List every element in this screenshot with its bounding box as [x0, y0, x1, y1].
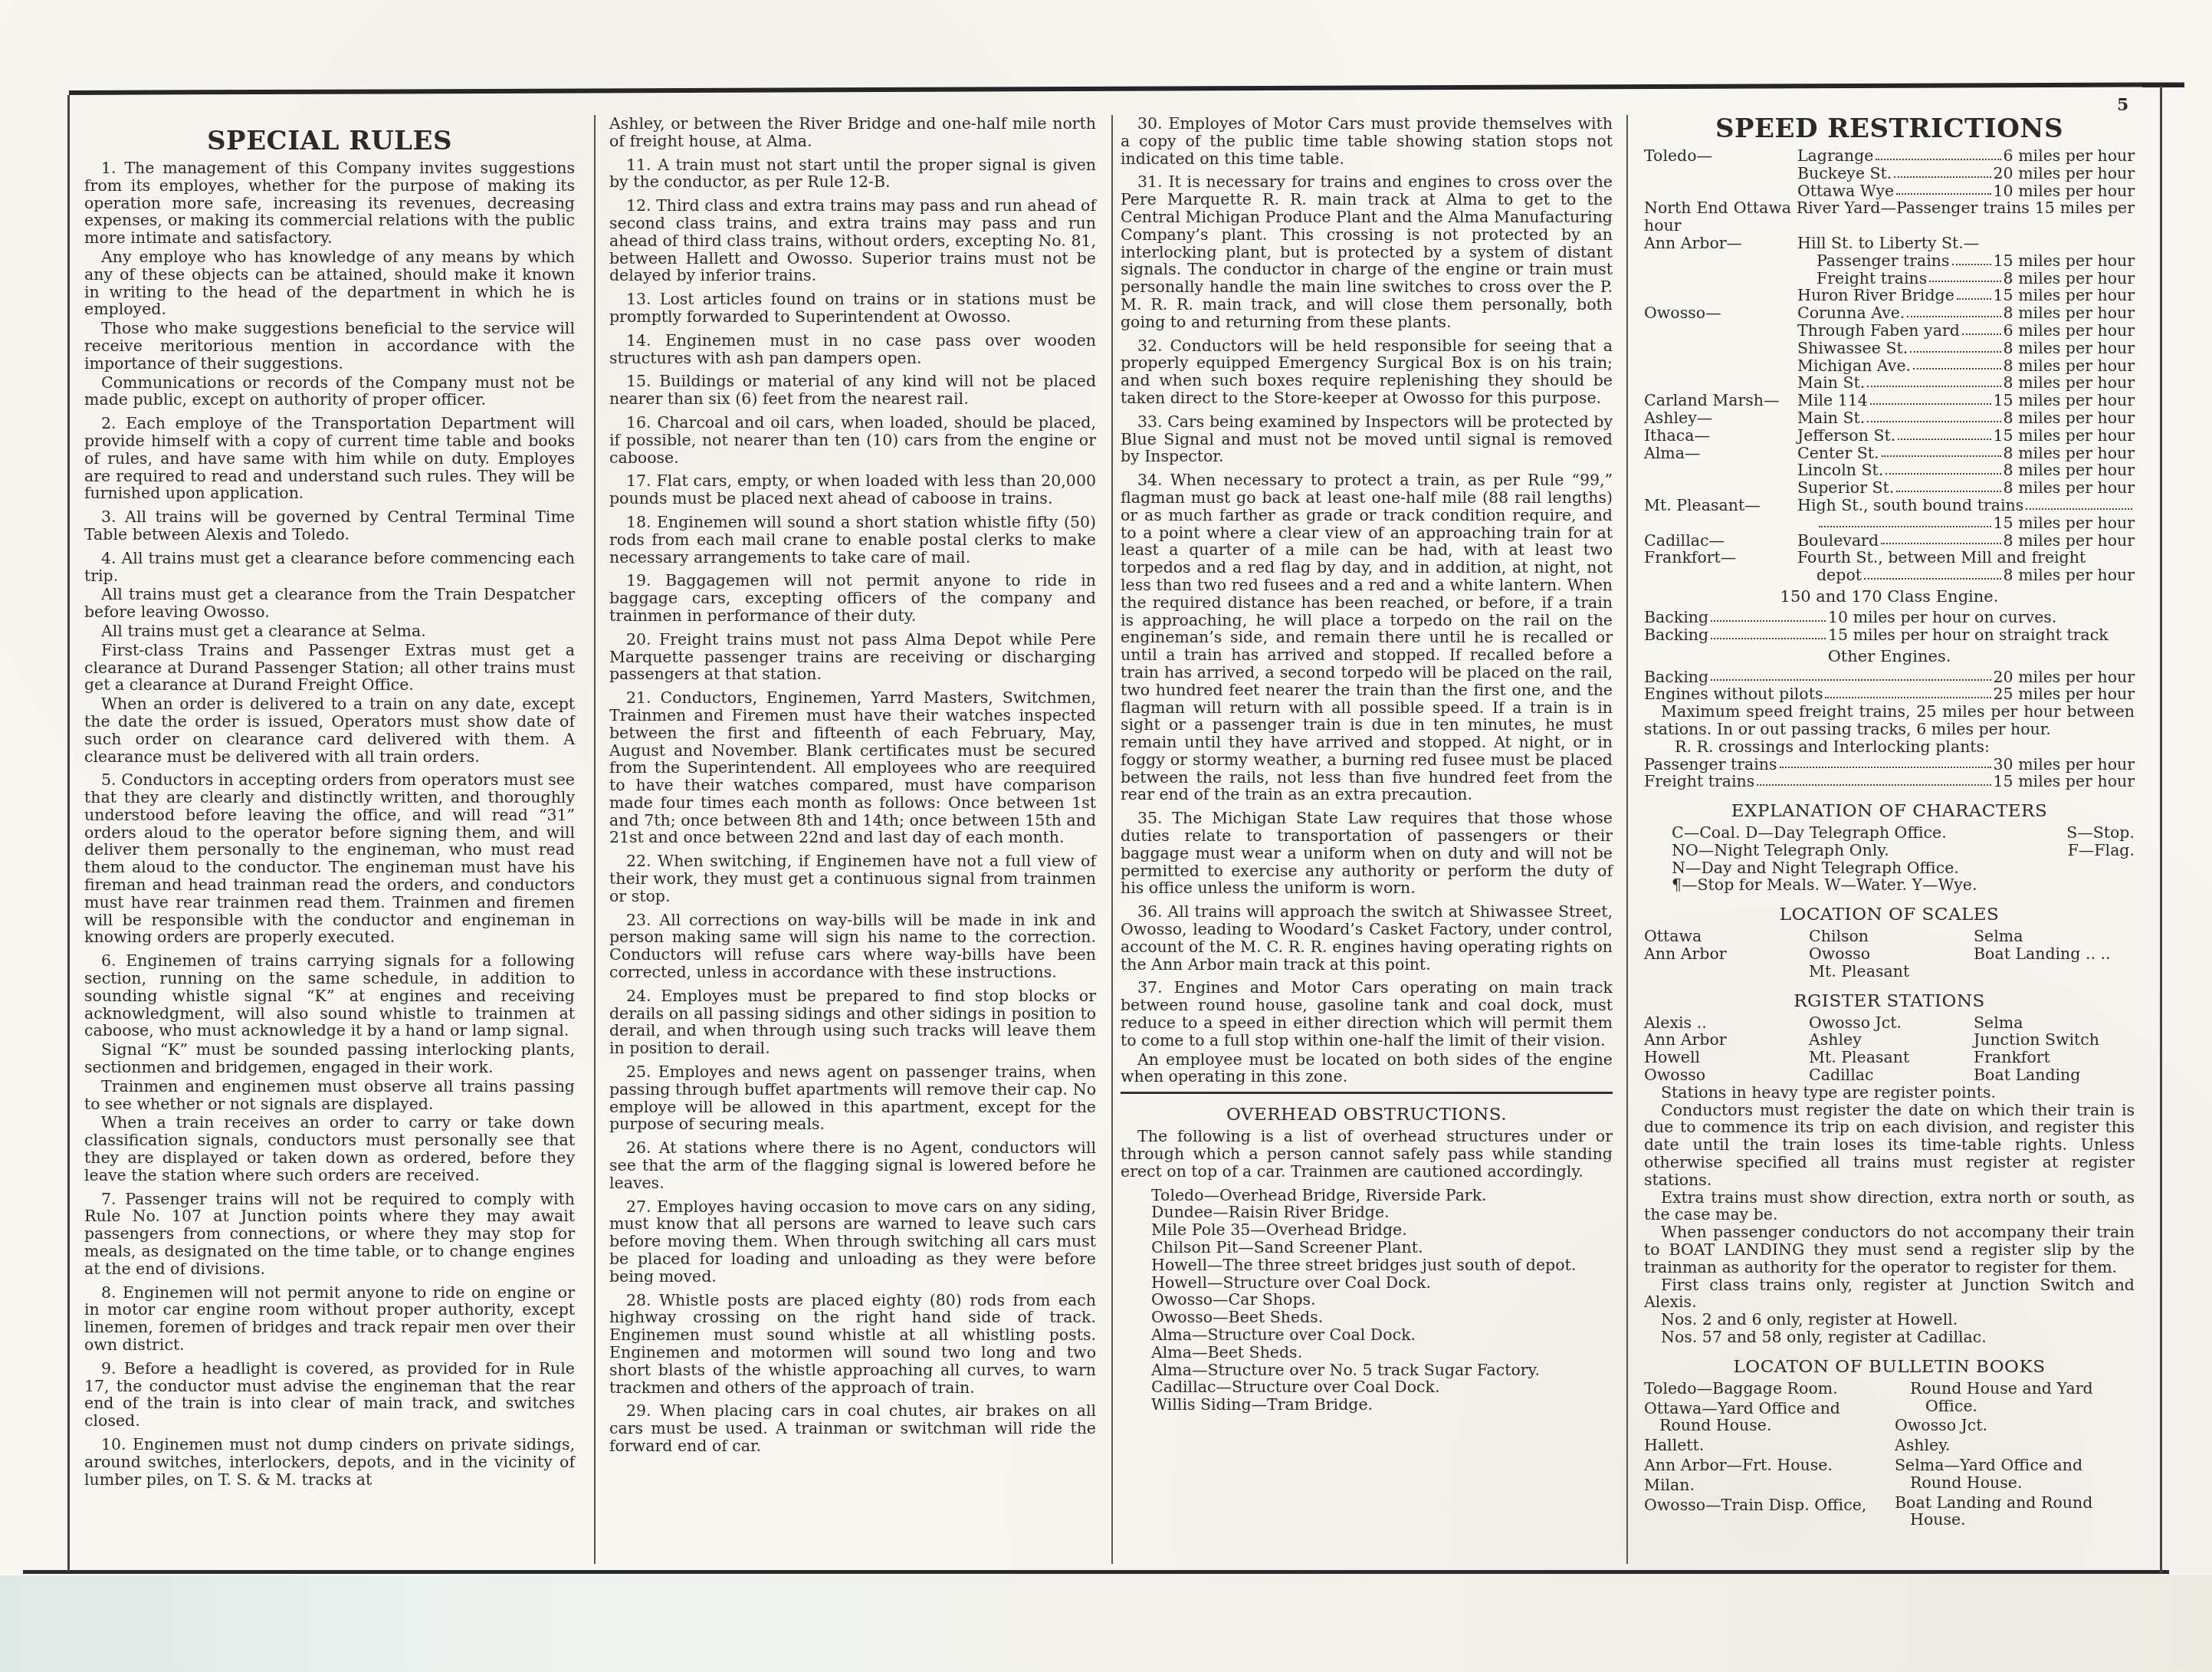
backing-label: Backing: [1644, 609, 1708, 626]
rule-paragraph: 25. Employes and news agent on passenger…: [609, 1063, 1096, 1133]
backing-label: Backing: [1644, 626, 1708, 644]
speed-city: Mt. Pleasant—: [1644, 497, 1797, 514]
rule-paragraph: 2. Each employe of the Transportation De…: [84, 415, 575, 502]
speed-place: Main St.: [1797, 374, 1865, 392]
speed-city: Frankfort—: [1644, 549, 1797, 567]
speed-place: Fourth St., between Mill and freight: [1797, 549, 2086, 567]
speed-city: [1644, 462, 1797, 479]
column-divider: [1111, 115, 1113, 1564]
speed-city: [1644, 182, 1797, 200]
speed-place: Passenger trains: [1817, 252, 1950, 270]
speed-value: 8 miles per hour: [2004, 409, 2135, 427]
legend-left: ¶—Stop for Meals. W—Water. Y—Wye.: [1672, 876, 1977, 894]
register-note: Stations in heavy type are register poin…: [1644, 1084, 2135, 1102]
scale-location: [1974, 963, 2135, 981]
backing-label: Backing: [1644, 668, 1708, 686]
crossing-value: 30 miles per hour: [1994, 756, 2135, 774]
obstruction-item: Alma—Structure over Coal Dock.: [1151, 1326, 1613, 1344]
leader-dots: [1757, 773, 1990, 786]
speed-city: [1644, 165, 1797, 182]
register-note: Conductors must register the date on whi…: [1644, 1102, 2135, 1189]
rule-paragraph: 10. Enginemen must not dump cinders on p…: [84, 1436, 575, 1488]
speed-city: Alma—: [1644, 445, 1797, 462]
speed-place: Michigan Ave.: [1797, 357, 1911, 375]
legend-row: N—Day and Night Telegraph Office.: [1644, 859, 2135, 877]
column-divider: [594, 115, 596, 1564]
rule-paragraph: 21. Conductors, Enginemen, Yarrd Masters…: [609, 689, 1096, 846]
speed-city: [1644, 287, 1797, 304]
special-rules-title: SPECIAL RULES: [84, 127, 575, 155]
crossing-label: Freight trains: [1644, 773, 1754, 790]
bulletin-location: Round House and Yard Office.: [1895, 1380, 2135, 1415]
scales-title: LOCATION OF SCALES: [1644, 905, 2135, 925]
rule-paragraph: 33. Cars being examined by Inspectors wi…: [1121, 413, 1613, 465]
legend-right: S—Stop.: [2066, 824, 2135, 842]
rule-paragraph: 14. Enginemen must in no case pass over …: [609, 332, 1096, 367]
bulletin-location: Owosso Jct.: [1895, 1417, 2135, 1434]
speed-value: 15 miles per hour: [1994, 392, 2135, 409]
rule-paragraph: 37. Engines and Motor Cars operating on …: [1121, 979, 1613, 1049]
leader-dots: [1864, 567, 2001, 580]
scale-location: Ottawa: [1644, 928, 1809, 945]
rule-paragraph: 23. All corrections on way-bills will be…: [609, 912, 1096, 981]
speed-value: 6 miles per hour: [2004, 147, 2135, 165]
legend-left: NO—Night Telegraph Only.: [1672, 842, 1889, 859]
bulletin-location: Owosso—Train Disp. Office,: [1644, 1496, 1884, 1514]
speed-row: Lincoln St.8 miles per hour: [1644, 462, 2135, 479]
bulletin-books-grid: Toledo—Baggage Room. Ottawa—Yard Office …: [1644, 1380, 2135, 1531]
rule-paragraph: 31. It is necessary for trains and engin…: [1121, 173, 1613, 330]
overhead-obstructions-title: OVERHEAD OBSTRUCTIONS.: [1121, 1105, 1613, 1125]
rule-paragraph: 15. Buildings or material of any kind wi…: [609, 373, 1096, 408]
speed-value: 20 miles per hour: [1994, 165, 2135, 182]
special-rules-column: SPECIAL RULES 1. The management of this …: [84, 115, 575, 1494]
speed-place: Boulevard: [1797, 532, 1879, 550]
register-station: Junction Switch: [1974, 1031, 2135, 1049]
backing-row: Backing10 miles per hour on curves.: [1644, 609, 2135, 626]
legend-right: F—Flag.: [2068, 842, 2135, 859]
speed-row: Michigan Ave.8 miles per hour: [1644, 357, 2135, 375]
rule-paragraph: 8. Enginemen will not permit anyone to r…: [84, 1284, 575, 1354]
speed-place: Through Faben yard: [1797, 322, 1960, 340]
obstruction-item: Chilson Pit—Sand Screener Plant.: [1151, 1239, 1613, 1256]
leader-dots: [1929, 270, 2000, 283]
rule-paragraph: First-class Trains and Passenger Extras …: [84, 642, 575, 694]
leader-dots: [1711, 668, 1990, 682]
page-edge-strip: [0, 1575, 2212, 1672]
north-end-note: North End Ottawa River Yard—Passenger tr…: [1644, 199, 2135, 235]
rule-paragraph: 20. Freight trains must not pass Alma De…: [609, 631, 1096, 683]
obstruction-item: Willis Siding—Tram Bridge.: [1151, 1396, 1613, 1414]
speed-city: [1644, 514, 1797, 532]
speed-value: 15 miles per hour: [1994, 287, 2135, 304]
obstruction-item: Howell—The three street bridges just sou…: [1151, 1256, 1613, 1274]
engines-value: 25 miles per hour: [1994, 685, 2135, 703]
legend-row: NO—Night Telegraph Only.F—Flag.: [1644, 842, 2135, 859]
bulletin-location: Milan.: [1644, 1477, 1884, 1494]
crossings-title: R. R. crossings and Interlocking plants:: [1644, 738, 2135, 756]
scale-location: Boat Landing .. ..: [1974, 945, 2135, 963]
rule-paragraph: 12. Third class and extra trains may pas…: [609, 197, 1096, 284]
speed-value: 8 miles per hour: [2004, 445, 2135, 462]
speed-place: Ottawa Wye: [1797, 182, 1894, 200]
obstruction-item: Alma—Structure over No. 5 track Sugar Fa…: [1151, 1362, 1613, 1379]
speed-row: Buckeye St.20 miles per hour: [1644, 165, 2135, 182]
crossing-label: Passenger trains: [1644, 756, 1777, 774]
rule-paragraph: 28. Whistle posts are placed eighty (80)…: [609, 1292, 1096, 1397]
scale-location: Owosso: [1809, 945, 1974, 963]
rules-column-3: 30. Employes of Motor Cars must provide …: [1121, 115, 1613, 1414]
speed-row: Superior St.8 miles per hour: [1644, 479, 2135, 497]
speed-value: 8 miles per hour: [2004, 567, 2135, 584]
speed-restrictions-title: SPEED RESTRICTIONS: [1644, 115, 2135, 143]
speed-city: [1644, 322, 1797, 340]
legend-left: N—Day and Night Telegraph Office.: [1672, 859, 1959, 877]
leader-dots: [1876, 147, 2000, 160]
speed-row: Toledo— Lagrange6 miles per hour: [1644, 147, 2135, 165]
rule-paragraph: 30. Employes of Motor Cars must provide …: [1121, 115, 1613, 167]
other-engines-title: Other Engines.: [1644, 647, 2135, 665]
register-station: Mt. Pleasant: [1809, 1049, 1974, 1066]
speed-city: Ashley—: [1644, 409, 1797, 427]
overhead-obstructions-list: Toledo—Overhead Bridge, Riverside Park. …: [1151, 1187, 1613, 1414]
rule-paragraph: 22. When switching, if Enginemen have no…: [609, 852, 1096, 905]
speed-place: Jefferson St.: [1797, 427, 1895, 445]
rule-paragraph: When an order is delivered to a train on…: [84, 695, 575, 765]
rules-column-2: Ashley, or between the River Bridge and …: [609, 115, 1096, 1461]
speed-city: [1644, 340, 1797, 357]
speed-row: Carland Marsh— Mile 11415 miles per hour: [1644, 392, 2135, 409]
register-stations-grid: Alexis .. Owosso Jct. Selma Ann Arbor As…: [1644, 1014, 2135, 1084]
leader-dots: [1962, 322, 2001, 335]
speed-row: Ottawa Wye10 miles per hour: [1644, 182, 2135, 200]
rule-paragraph: All trains must get a clearance from the…: [84, 586, 575, 621]
speed-value: 8 miles per hour: [2004, 270, 2135, 287]
register-note: Nos. 2 and 6 only, register at Howell.: [1644, 1311, 2135, 1329]
column-divider: [1626, 115, 1628, 1564]
backing-value: 20 miles per hour: [1994, 668, 2135, 686]
rule-paragraph: 19. Baggagemen will not permit anyone to…: [609, 572, 1096, 624]
engines-label: Engines without pilots: [1644, 685, 1823, 703]
legend-left: C—Coal. D—Day Telegraph Office.: [1672, 824, 1947, 842]
obstruction-item: Owosso—Beet Sheds.: [1151, 1309, 1613, 1326]
speed-row: 15 miles per hour: [1644, 514, 2135, 532]
leader-dots: [1881, 532, 2001, 545]
speed-city: [1644, 567, 1797, 584]
register-note: Extra trains must show direction, extra …: [1644, 1189, 2135, 1224]
speed-row: Ithaca— Jefferson St.15 miles per hour: [1644, 427, 2135, 445]
scales-grid: Ottawa Chilson Selma Ann Arbor Owosso Bo…: [1644, 928, 2135, 980]
obstruction-item: Dundee—Raisin River Bridge.: [1151, 1204, 1613, 1221]
bulletin-location: Selma—Yard Office and Round House.: [1895, 1457, 2135, 1492]
legend-row: C—Coal. D—Day Telegraph Office.S—Stop.: [1644, 824, 2135, 842]
register-station: Owosso: [1644, 1066, 1809, 1084]
speed-city: Toledo—: [1644, 147, 1797, 165]
leader-dots: [1780, 756, 1991, 769]
backing-value: 15 miles per hour on straight track: [1828, 626, 2109, 644]
speed-value: 15 miles per hour: [1994, 427, 2135, 445]
leader-dots: [1896, 479, 2000, 492]
right-frame-line: [2160, 86, 2162, 1573]
register-stations-title: RGISTER STATIONS: [1644, 991, 2135, 1011]
leader-dots: [1957, 287, 1991, 300]
speed-place: High St., south bound trains: [1797, 497, 2023, 514]
speed-city: [1644, 479, 1797, 497]
backing-row: Backing15 miles per hour on straight tra…: [1644, 626, 2135, 644]
register-station: Howell: [1644, 1049, 1809, 1066]
leader-dots: [1867, 374, 2000, 387]
speed-value: 15 miles per hour: [1994, 252, 2135, 270]
bulletin-location: Ottawa—Yard Office and Round House.: [1644, 1400, 1884, 1435]
rule-paragraph: Any employe who has knowledge of any mea…: [84, 248, 575, 318]
speed-row: Freight trains8 miles per hour: [1644, 270, 2135, 287]
bottom-border-rule: [23, 1570, 2169, 1574]
scale-location: Selma: [1974, 928, 2135, 945]
rule-paragraph: An employee must be located on both side…: [1121, 1051, 1613, 1086]
register-station: Boat Landing: [1974, 1066, 2135, 1084]
obstruction-item: Howell—Structure over Coal Dock.: [1151, 1274, 1613, 1292]
register-station: Cadillac: [1809, 1066, 1974, 1084]
rule-paragraph: 9. Before a headlight is covered, as pro…: [84, 1360, 575, 1430]
register-note: First class trains only, register at Jun…: [1644, 1276, 2135, 1312]
speed-value: 8 miles per hour: [2004, 357, 2135, 375]
leader-dots: [1882, 445, 2001, 458]
speed-row: Frankfort— Fourth St., between Mill and …: [1644, 549, 2135, 567]
speed-row: depot8 miles per hour: [1644, 567, 2135, 584]
rule-paragraph: 6. Enginemen of trains carrying signals …: [84, 952, 575, 1040]
rule-paragraph: 17. Flat cars, empty, or when loaded wit…: [609, 472, 1096, 508]
rule-paragraph: 26. At stations where there is no Agent,…: [609, 1139, 1096, 1191]
speed-city: [1644, 374, 1797, 392]
leader-dots: [1825, 685, 1990, 698]
rule-paragraph: Trainmen and enginemen must observe all …: [84, 1078, 575, 1113]
leader-dots: [1907, 304, 2000, 317]
leader-dots: [1870, 392, 1991, 405]
speed-value: 6 miles per hour: [2004, 322, 2135, 340]
leader-dots: [1910, 340, 2000, 353]
speed-row: Shiwassee St.8 miles per hour: [1644, 340, 2135, 357]
leader-dots: [1867, 409, 2000, 422]
rule-paragraph: 7. Passenger trains will not be required…: [84, 1191, 575, 1278]
speed-row: Through Faben yard6 miles per hour: [1644, 322, 2135, 340]
rule-paragraph: 24. Employes must be prepared to find st…: [609, 987, 1096, 1057]
legend-row: ¶—Stop for Meals. W—Water. Y—Wye.: [1644, 876, 2135, 894]
rule-paragraph: 32. Conductors will be held responsible …: [1121, 337, 1613, 407]
speed-value: 10 miles per hour: [1994, 182, 2135, 200]
rule-paragraph: 34. When necessary to protect a train, a…: [1121, 471, 1613, 803]
section-divider: [1121, 1092, 1613, 1094]
scale-location: Ann Arbor: [1644, 945, 1809, 963]
speed-row: Alma— Center St.8 miles per hour: [1644, 445, 2135, 462]
speed-restrictions-column: SPEED RESTRICTIONS Toledo— Lagrange6 mil…: [1644, 115, 2135, 1531]
bulletin-location: Boat Landing and Round House.: [1895, 1494, 2135, 1529]
page-number: 5: [2117, 95, 2128, 115]
rule-paragraph: 27. Employes having occasion to move car…: [609, 1198, 1096, 1286]
rule-paragraph: 5. Conductors in accepting orders from o…: [84, 771, 575, 946]
register-station: Ashley: [1809, 1031, 1974, 1049]
crossing-value: 15 miles per hour: [1994, 773, 2135, 790]
obstruction-item: Toledo—Overhead Bridge, Riverside Park.: [1151, 1187, 1613, 1204]
leader-dots: [1913, 357, 2001, 370]
speed-city: [1644, 252, 1797, 270]
speed-value: 8 miles per hour: [2004, 462, 2135, 479]
left-frame-line: [67, 95, 70, 1572]
speed-place: Freight trains: [1817, 270, 1927, 287]
obstruction-item: Owosso—Car Shops.: [1151, 1291, 1613, 1309]
rule-paragraph: Communications or records of the Company…: [84, 374, 575, 409]
leader-dots: [1711, 609, 1826, 622]
speed-place: Shiwassee St.: [1797, 340, 1908, 357]
rule-paragraph: Those who make suggestions beneficial to…: [84, 320, 575, 372]
rule-paragraph: Ashley, or between the River Bridge and …: [609, 115, 1096, 150]
speed-place: Main St.: [1797, 409, 1865, 427]
speed-city: Ithaca—: [1644, 427, 1797, 445]
speed-value: 15 miles per hour: [1994, 514, 2135, 532]
register-station: Selma: [1974, 1014, 2135, 1032]
speed-place: Buckeye St.: [1797, 165, 1892, 182]
bulletin-location: Toledo—Baggage Room.: [1644, 1380, 1884, 1398]
scale-location: Mt. Pleasant: [1809, 963, 1974, 981]
backing-row: Backing20 miles per hour: [1644, 668, 2135, 686]
speed-value: 8 miles per hour: [2004, 304, 2135, 322]
leader-dots: [1952, 252, 1991, 265]
characters-title: EXPLANATION OF CHARACTERS: [1644, 801, 2135, 821]
leader-dots: [1819, 514, 1991, 527]
scale-location: [1644, 963, 1809, 981]
leader-dots: [1896, 182, 1990, 195]
leader-dots: [2026, 497, 2132, 510]
speed-city: Cadillac—: [1644, 532, 1797, 550]
speed-city: [1644, 357, 1797, 375]
rule-paragraph: 13. Lost articles found on trains or in …: [609, 291, 1096, 326]
register-note: Nos. 57 and 58 only, register at Cadilla…: [1644, 1329, 2135, 1346]
rule-paragraph: 11. A train must not start until the pro…: [609, 156, 1096, 192]
speed-row: Owosso— Corunna Ave.8 miles per hour: [1644, 304, 2135, 322]
bulletin-right-list: Round House and Yard Office. Owosso Jct.…: [1895, 1380, 2135, 1531]
scale-location: Chilson: [1809, 928, 1974, 945]
leader-dots: [1894, 165, 1990, 178]
speed-value: 8 miles per hour: [2004, 532, 2135, 550]
crossing-row: Passenger trains30 miles per hour: [1644, 756, 2135, 774]
rule-paragraph: Signal “K” must be sounded passing inter…: [84, 1041, 575, 1076]
register-station: Frankfort: [1974, 1049, 2135, 1066]
rule-paragraph: 29. When placing cars in coal chutes, ai…: [609, 1402, 1096, 1454]
obstruction-item: Alma—Beet Sheds.: [1151, 1344, 1613, 1362]
speed-value: 8 miles per hour: [2004, 340, 2135, 357]
speed-city: [1644, 270, 1797, 287]
speed-row: Mt. Pleasant— High St., south bound trai…: [1644, 497, 2135, 514]
overhead-intro: The following is a list of overhead stru…: [1121, 1128, 1613, 1180]
register-station: Alexis ..: [1644, 1014, 1809, 1032]
speed-row: Cadillac— Boulevard8 miles per hour: [1644, 532, 2135, 550]
speed-place: Superior St.: [1797, 479, 1894, 497]
class-engine-title: 150 and 170 Class Engine.: [1644, 587, 2135, 606]
speed-place: Mile 114: [1797, 392, 1868, 409]
speed-place: Center St.: [1797, 445, 1879, 462]
leader-dots: [1885, 462, 2000, 475]
crossing-row: Freight trains15 miles per hour: [1644, 773, 2135, 790]
rule-paragraph: 1. The management of this Company invite…: [84, 159, 575, 247]
engines-without-pilots-row: Engines without pilots25 miles per hour: [1644, 685, 2135, 703]
speed-place: Lagrange: [1797, 147, 1873, 165]
leader-dots: [1898, 427, 1990, 440]
rule-paragraph: When a train receives an order to carry …: [84, 1114, 575, 1184]
rule-paragraph: 16. Charcoal and oil cars, when loaded, …: [609, 414, 1096, 466]
speed-place: Huron River Bridge: [1797, 287, 1954, 304]
speed-row: Ann Arbor— Hill St. to Liberty St.—: [1644, 235, 2135, 252]
register-note: When passenger conductors do not accompa…: [1644, 1224, 2135, 1276]
register-station: Ann Arbor: [1644, 1031, 1809, 1049]
leader-dots: [1711, 626, 1826, 639]
speed-city: Ann Arbor—: [1644, 235, 1797, 252]
register-station: Owosso Jct.: [1809, 1014, 1974, 1032]
rule-paragraph: All trains must get a clearance at Selma…: [84, 622, 575, 640]
speed-place: Hill St. to Liberty St.—: [1797, 235, 1979, 252]
speed-value: 8 miles per hour: [2004, 479, 2135, 497]
speed-place: Lincoln St.: [1797, 462, 1883, 479]
rule-paragraph: 18. Enginemen will sound a short station…: [609, 514, 1096, 566]
speed-value: 8 miles per hour: [2004, 374, 2135, 392]
rule-paragraph: 36. All trains will approach the switch …: [1121, 903, 1613, 973]
bulletin-location: Hallett.: [1644, 1437, 1884, 1454]
speed-row: Passenger trains15 miles per hour: [1644, 252, 2135, 270]
speed-row: Main St.8 miles per hour: [1644, 374, 2135, 392]
speed-place: depot: [1817, 567, 1862, 584]
rule-paragraph: 35. The Michigan State Law requires that…: [1121, 810, 1613, 897]
speed-city: Owosso—: [1644, 304, 1797, 322]
speed-place: Corunna Ave.: [1797, 304, 1905, 322]
speed-row: Huron River Bridge15 miles per hour: [1644, 287, 2135, 304]
rule-paragraph: 4. All trains must get a clearance befor…: [84, 550, 575, 585]
obstruction-item: Cadillac—Structure over Coal Dock.: [1151, 1378, 1613, 1396]
bulletin-books-title: LOCATON OF BULLETIN BOOKS: [1644, 1357, 2135, 1377]
speed-city: Carland Marsh—: [1644, 392, 1797, 409]
speed-row: Ashley— Main St.8 miles per hour: [1644, 409, 2135, 427]
rule-paragraph: 3. All trains will be governed by Centra…: [84, 508, 575, 544]
max-speed-note: Maximum speed freight trains, 25 miles p…: [1644, 703, 2135, 738]
bulletin-location: Ann Arbor—Frt. House.: [1644, 1457, 1884, 1474]
obstruction-item: Mile Pole 35—Overhead Bridge.: [1151, 1221, 1613, 1239]
backing-value: 10 miles per hour on curves.: [1828, 609, 2056, 626]
bulletin-left-list: Toledo—Baggage Room. Ottawa—Yard Office …: [1644, 1380, 1884, 1531]
bulletin-location: Ashley.: [1895, 1437, 2135, 1454]
